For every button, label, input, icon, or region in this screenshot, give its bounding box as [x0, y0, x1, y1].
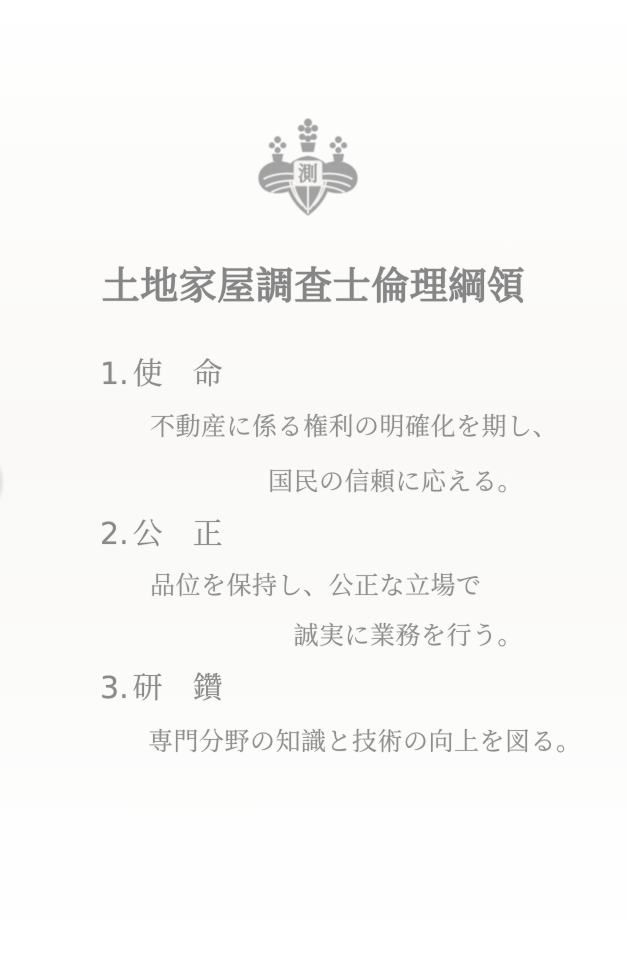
crest-center-character: 測 [298, 162, 318, 186]
section-3-heading: 3.研 鑽 [100, 672, 223, 705]
section-1-line-2: 国民の信頼に応える。 [268, 468, 523, 496]
ethics-plaque-document: 測 土地家屋調査士倫理綱領 1.使 命 不動産に係る権利の明確化を期し、 国民の… [0, 0, 627, 960]
section-2-heading-label: 公 正 [133, 517, 223, 552]
section-1-heading: 1.使 命 [100, 358, 223, 391]
section-3-line-1: 専門分野の知識と技術の向上を図る。 [148, 728, 582, 756]
paulownia-crest-icon: 測 [250, 114, 366, 228]
photo-edge-smudge [0, 452, 8, 512]
section-3-heading-label: 研 鑽 [133, 671, 223, 706]
section-2-line-2: 誠実に業務を行う。 [293, 622, 523, 650]
section-1-number: 1. [100, 357, 129, 392]
section-1-line-1: 不動産に係る権利の明確化を期し、 [150, 413, 558, 441]
section-2-line-1: 品位を保持し、公正な立場で [150, 572, 482, 600]
section-1-heading-label: 使 命 [133, 357, 223, 392]
document-title: 土地家屋調査士倫理綱領 [0, 264, 627, 310]
section-2-number: 2. [100, 517, 129, 552]
section-2-heading: 2.公 正 [100, 518, 223, 551]
section-3-number: 3. [100, 671, 129, 706]
